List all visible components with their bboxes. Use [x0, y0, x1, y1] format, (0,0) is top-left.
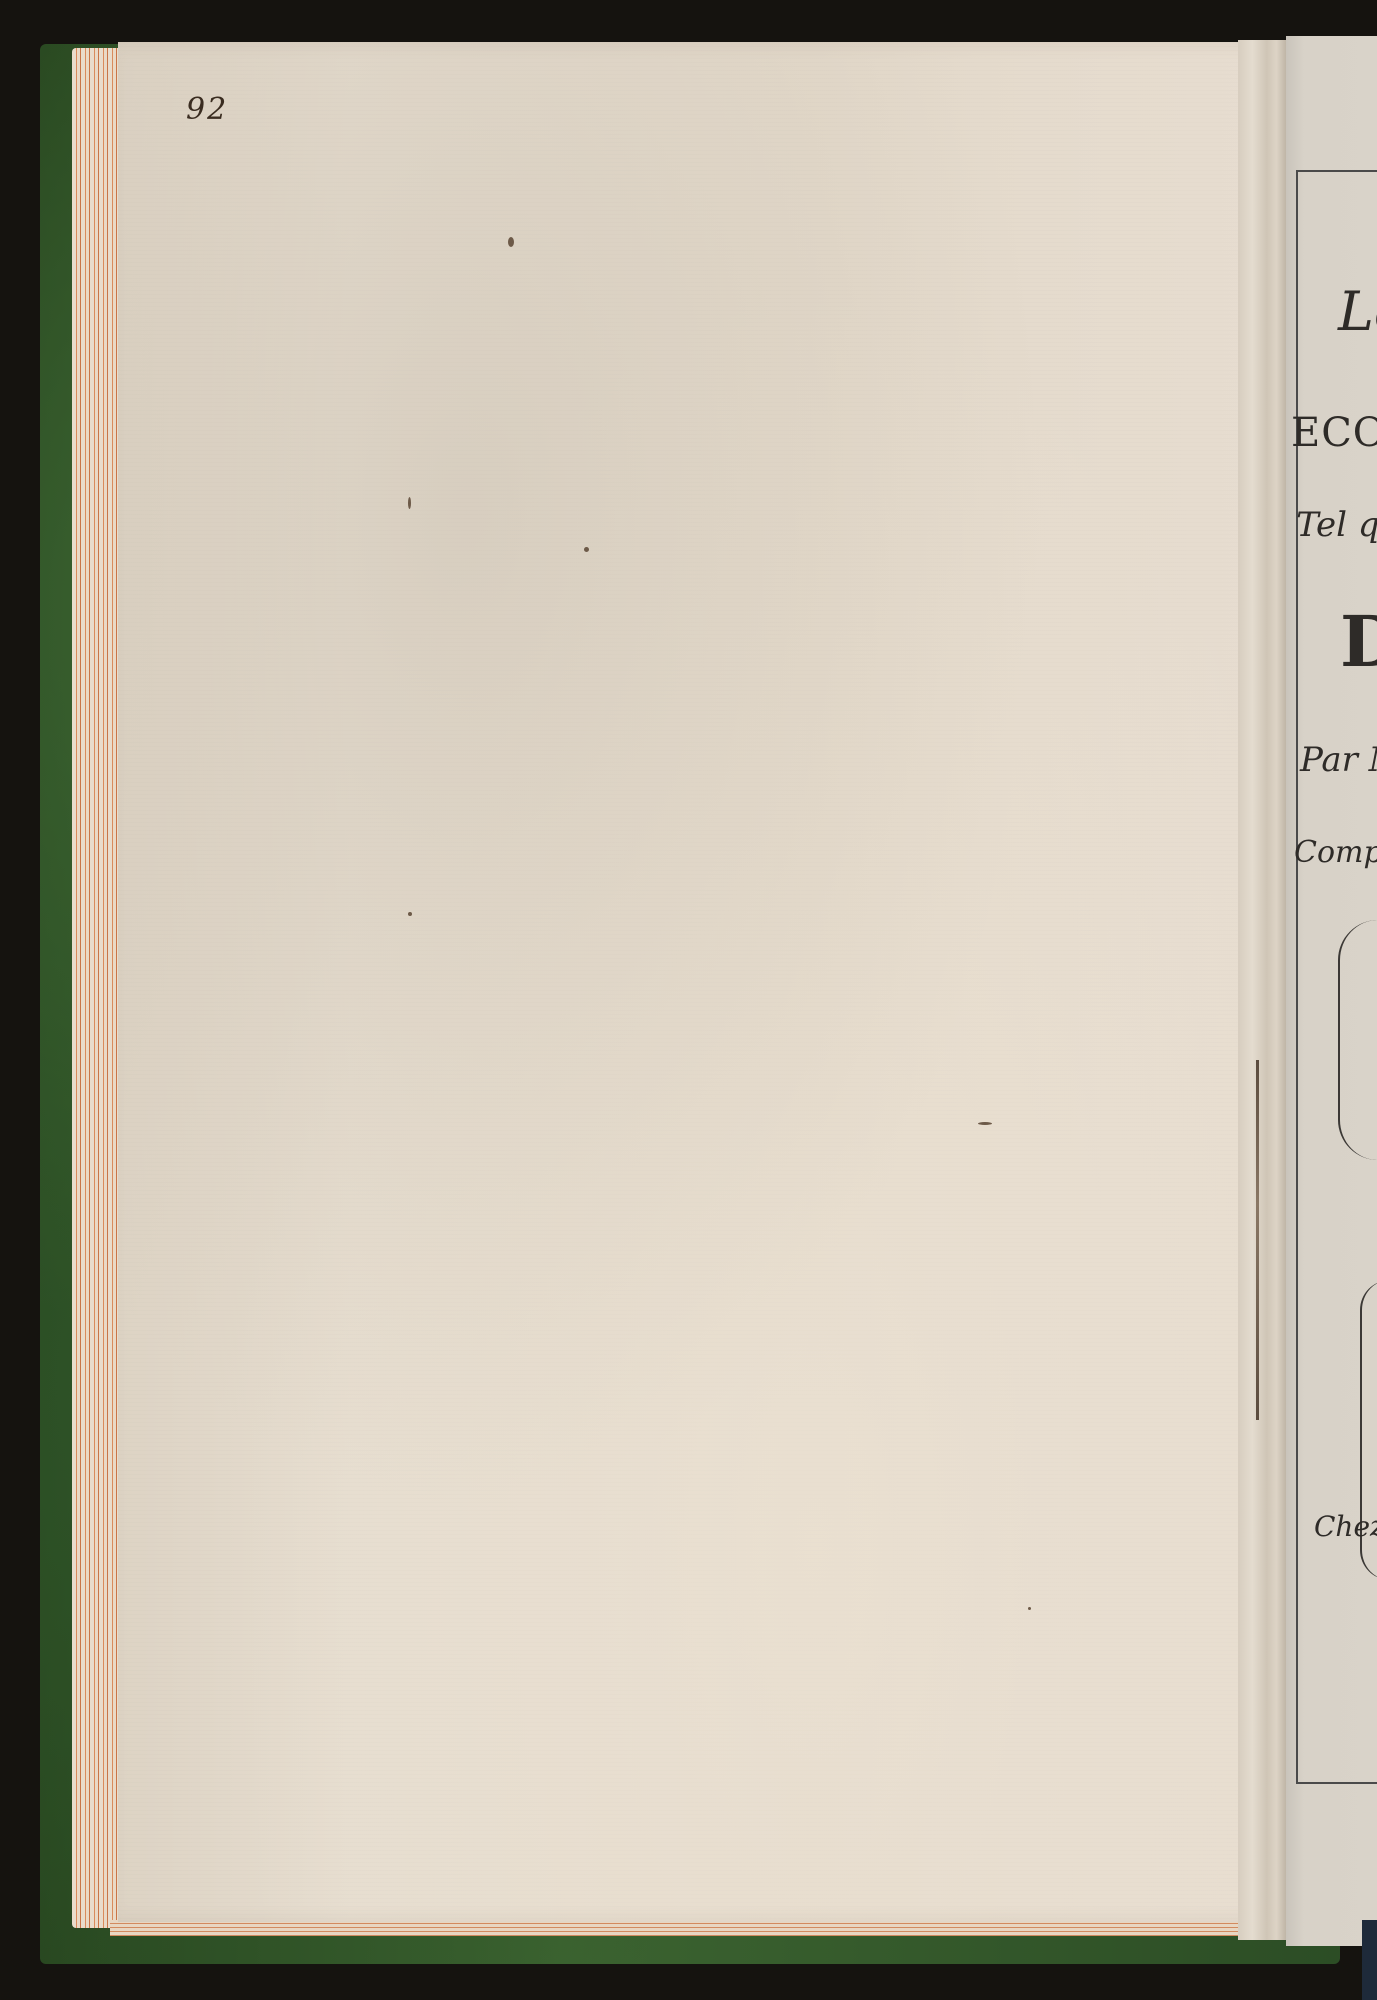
paper-speck	[408, 497, 411, 509]
page-number: 92	[186, 92, 228, 127]
title-text-line-7: Chez	[1314, 1510, 1377, 1543]
title-text-line-4: D	[1340, 600, 1377, 683]
book-gutter	[1238, 40, 1286, 1940]
title-text-line-2: ECONT	[1291, 410, 1377, 456]
gutter-crack	[1256, 1060, 1259, 1420]
engraved-ornament	[1338, 920, 1377, 1160]
paper-speck	[408, 912, 412, 916]
title-text-line-3: Tel qu'il s	[1296, 505, 1377, 545]
paper-speck	[978, 1122, 992, 1125]
paper-speck	[584, 547, 589, 552]
title-text-line-1: Lotp	[1338, 280, 1377, 343]
page-stack-bottom-edge	[110, 1920, 1260, 1936]
title-text-line-5: Par Mr.	[1300, 740, 1377, 780]
scanner-edge	[1362, 1920, 1377, 2000]
paper-speck	[1028, 1607, 1031, 1610]
title-text-line-6: Composite	[1294, 835, 1377, 870]
paper-speck	[508, 237, 514, 247]
left-blank-page	[118, 42, 1278, 1922]
